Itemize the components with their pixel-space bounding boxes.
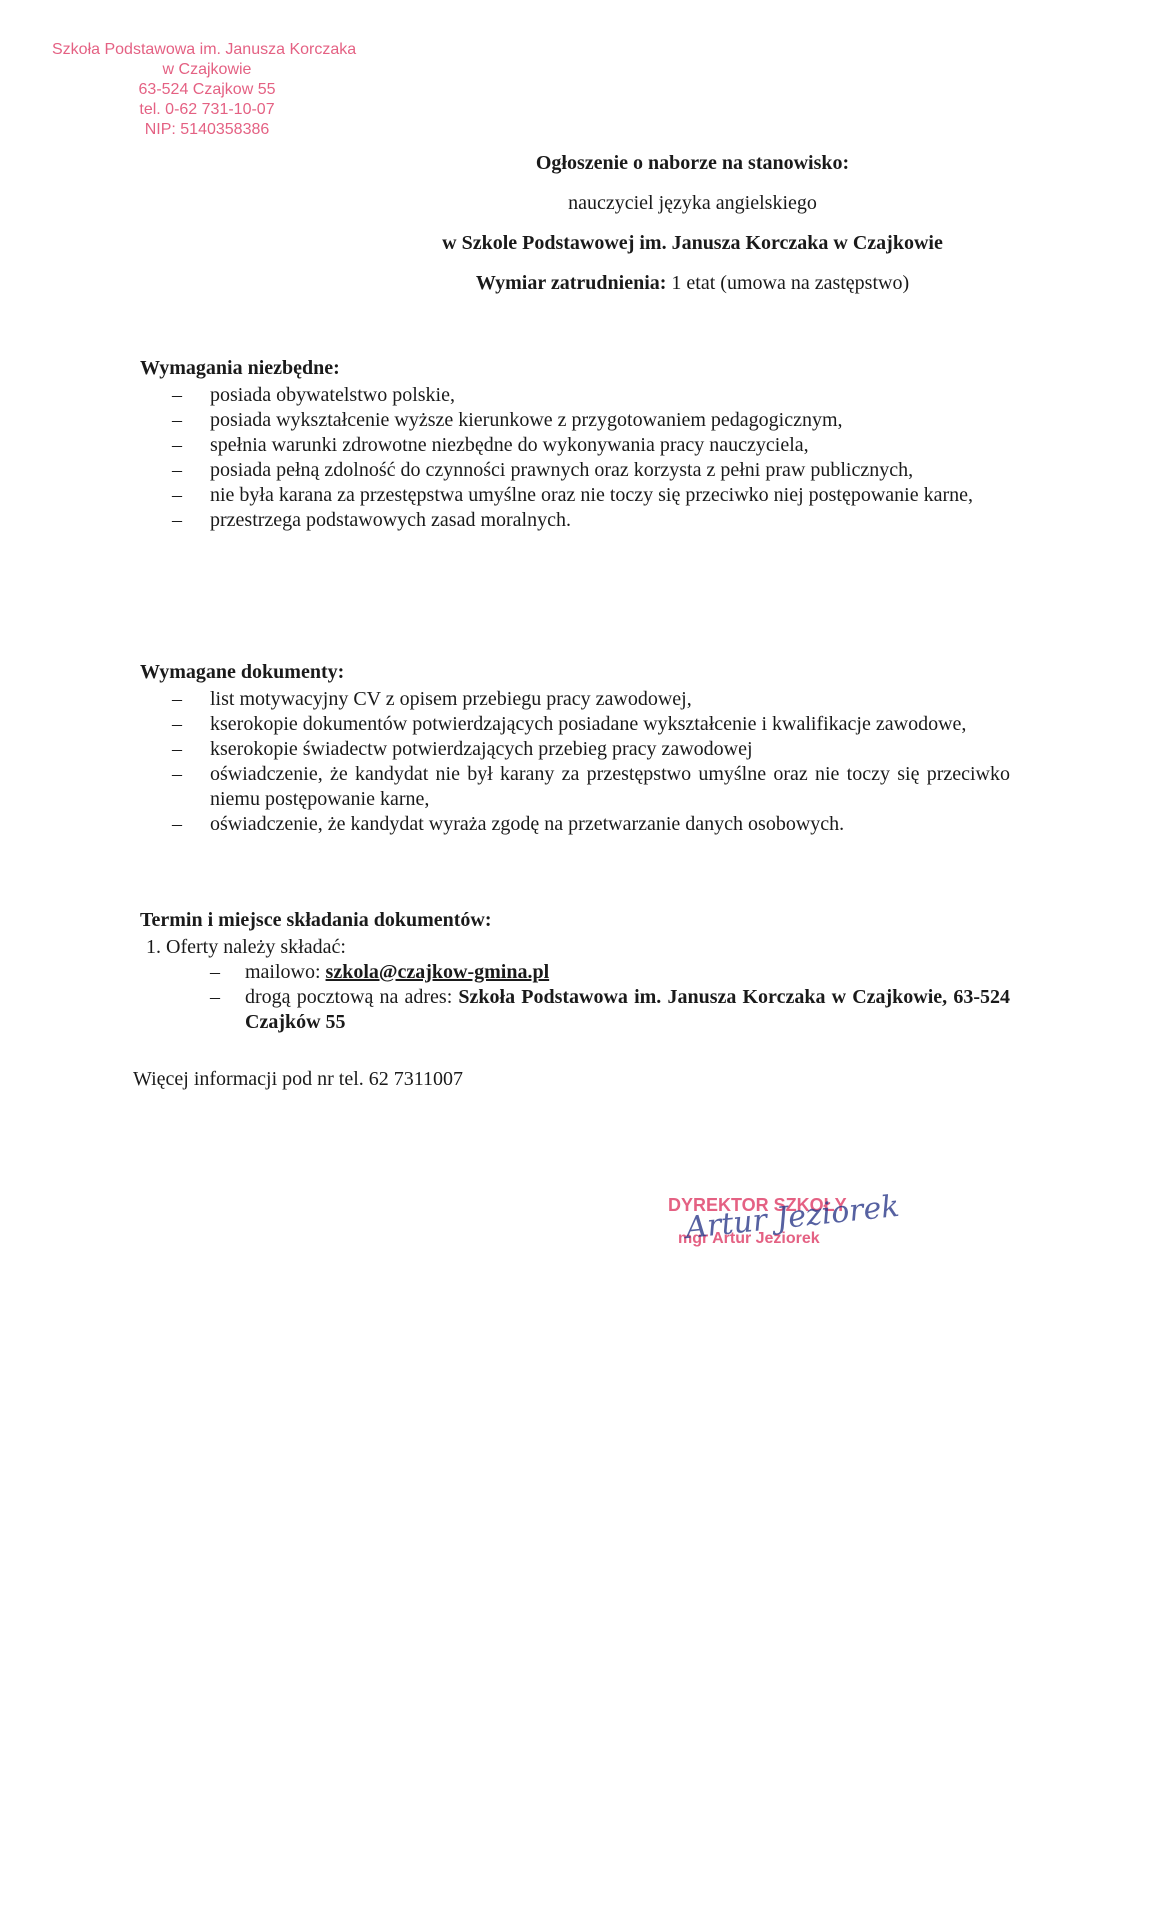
- email-link[interactable]: szkola@czajkow-gmina.pl: [326, 961, 550, 983]
- list-item: przestrzega podstawowych zasad moralnych…: [140, 508, 1010, 533]
- list-item: posiada wykształcenie wyższe kierunkowe …: [140, 408, 1010, 433]
- stamp-line: tel. 0-62 731-10-07: [52, 100, 362, 120]
- list-item: posiada pełną zdolność do czynności praw…: [140, 458, 1010, 483]
- school-stamp: Szkoła Podstawowa im. Janusza Korczaka w…: [52, 40, 362, 140]
- employment-value: 1 etat (umowa na zastępstwo): [666, 272, 909, 294]
- position-name: nauczyciel języka angielskiego: [110, 192, 1165, 215]
- requirements-section: Wymagania niezbędne: posiada obywatelstw…: [140, 356, 1010, 533]
- more-info: Więcej informacji pod nr tel. 62 7311007: [133, 1068, 463, 1091]
- offers-line: 1. Oferty należy składać:: [140, 935, 1010, 960]
- stamp-line: w Czajkowie: [52, 60, 362, 80]
- submission-section: Termin i miejsce składania dokumentów: 1…: [140, 908, 1010, 1035]
- stamp-line: Szkoła Podstawowa im. Janusza Korczaka: [52, 40, 362, 60]
- email-label: mailowo:: [245, 961, 326, 983]
- school-name: w Szkole Podstawowej im. Janusza Korczak…: [110, 232, 1165, 255]
- employment-label: Wymiar zatrudnienia:: [476, 272, 667, 294]
- list-item: list motywacyjny CV z opisem przebiegu p…: [140, 687, 1010, 712]
- post-label: drogą pocztową na adres:: [245, 986, 458, 1008]
- requirements-heading: Wymagania niezbędne:: [140, 356, 1010, 381]
- list-item: kserokopie dokumentów potwierdzających p…: [140, 712, 1010, 737]
- list-item: nie była karana za przestępstwa umyślne …: [140, 483, 1010, 508]
- submission-heading: Termin i miejsce składania dokumentów:: [140, 908, 1010, 933]
- list-item: spełnia warunki zdrowotne niezbędne do w…: [140, 433, 1010, 458]
- documents-heading: Wymagane dokumenty:: [140, 660, 1010, 685]
- page-title: Ogłoszenie o naborze na stanowisko:: [110, 152, 1165, 175]
- employment-line: Wymiar zatrudnienia: 1 etat (umowa na za…: [110, 272, 1165, 295]
- list-item: oświadczenie, że kandydat nie był karany…: [140, 762, 1010, 812]
- post-item: drogą pocztową na adres: Szkoła Podstawo…: [140, 985, 1010, 1035]
- stamp-line: NIP: 5140358386: [52, 120, 362, 140]
- email-item: mailowo: szkola@czajkow-gmina.pl: [140, 960, 1010, 985]
- list-item: posiada obywatelstwo polskie,: [140, 383, 1010, 408]
- stamp-line: 63-524 Czajkow 55: [52, 80, 362, 100]
- documents-section: Wymagane dokumenty: list motywacyjny CV …: [140, 660, 1010, 837]
- list-item: oświadczenie, że kandydat wyraża zgodę n…: [140, 812, 1010, 837]
- list-item: kserokopie świadectw potwierdzających pr…: [140, 737, 1010, 762]
